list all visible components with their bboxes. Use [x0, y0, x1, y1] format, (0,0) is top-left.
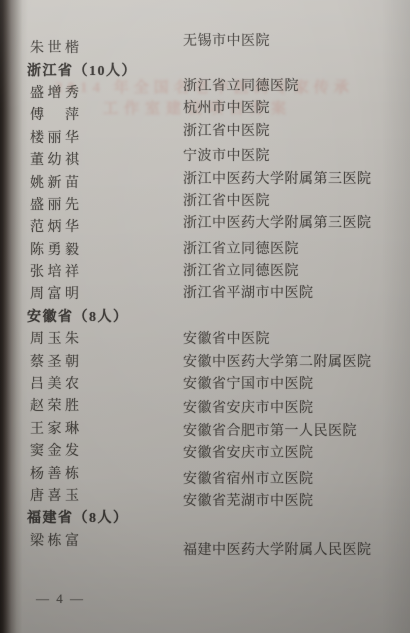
- hospital-name: 浙江省中医院: [183, 120, 270, 140]
- doctor-name: 陈勇毅: [30, 239, 83, 259]
- doctor-row: 杨善栋安徽省宿州市立医院: [0, 461, 410, 483]
- province-header: 安徽省（8人）: [0, 305, 410, 327]
- doctor-name: 蔡圣朝: [30, 351, 83, 371]
- hospital-name: 浙江省立同德医院: [183, 238, 299, 258]
- hospital-name: 安徽省安庆市中医院: [183, 397, 314, 417]
- doctor-name: 窦金发: [30, 440, 83, 460]
- doctor-name: 唐喜玉: [30, 485, 83, 505]
- doctor-row: 王家琳安徽省合肥市第一人民医院: [0, 417, 410, 439]
- recipient-list: 朱世楷无锡市中医院浙江省（10人）盛增秀浙江省立同德医院傅 萍杭州市中医院楼丽华…: [0, 36, 410, 551]
- doctor-name: 吕美农: [30, 373, 83, 393]
- doctor-name: 张培祥: [30, 261, 83, 281]
- doctor-row: 陈勇毅浙江省立同德医院: [0, 238, 410, 260]
- doctor-name: 范炳华: [30, 216, 83, 236]
- book-spine-shadow: [0, 0, 28, 633]
- doctor-name: 盛增秀: [30, 82, 83, 102]
- doctor-row: 梁栋富福建中医药大学附属人民医院: [0, 529, 410, 551]
- doctor-name: 周富明: [30, 283, 83, 303]
- hospital-name: 安徽省合肥市第一人民医院: [183, 420, 357, 440]
- province-label: 安徽省（8人）: [27, 306, 129, 326]
- doctor-row: 唐喜玉安徽省芜湖市中医院: [0, 484, 410, 506]
- hospital-name: 安徽中医药大学第二附属医院: [183, 351, 372, 371]
- hospital-name: 无锡市中医院: [183, 30, 270, 50]
- doctor-row: 吕美农安徽省宁国市中医院: [0, 372, 410, 394]
- doctor-row: 范炳华浙江中医药大学附属第三医院: [0, 215, 410, 237]
- hospital-name: 安徽省宁国市中医院: [183, 373, 314, 393]
- doctor-name: 董幼祺: [30, 149, 83, 169]
- doctor-name: 杨善栋: [30, 463, 83, 483]
- hospital-name: 福建中医药大学附属人民医院: [183, 539, 372, 559]
- doctor-name: 梁栋富: [30, 530, 83, 550]
- doctor-row: 周富明浙江省平湖市中医院: [0, 282, 410, 304]
- province-header: 福建省（8人）: [0, 506, 410, 528]
- doctor-name: 王家琳: [30, 418, 83, 438]
- doctor-row: 蔡圣朝安徽中医药大学第二附属医院: [0, 349, 410, 371]
- hospital-name: 安徽省中医院: [183, 328, 270, 348]
- doctor-row: 张培祥浙江省立同德医院: [0, 260, 410, 282]
- doctor-name: 周玉朱: [30, 328, 83, 348]
- province-label: 浙江省（10人）: [27, 60, 137, 80]
- doctor-name: 盛丽先: [30, 194, 83, 214]
- hospital-name: 宁波市中医院: [183, 145, 270, 165]
- doctor-row: 朱世楷无锡市中医院: [0, 36, 410, 58]
- hospital-name: 浙江中医药大学附属第三医院: [183, 212, 372, 232]
- doctor-row: 窦金发安徽省安庆市立医院: [0, 439, 410, 461]
- hospital-name: 杭州市中医院: [183, 97, 270, 117]
- hospital-name: 浙江省立同德医院: [183, 75, 299, 95]
- doctor-name: 楼丽华: [30, 127, 83, 147]
- doctor-name: 傅 萍: [30, 104, 83, 124]
- doctor-name: 赵荣胜: [30, 395, 83, 415]
- hospital-name: 浙江中医药大学附属第三医院: [183, 168, 372, 188]
- hospital-name: 安徽省安庆市立医院: [183, 442, 314, 462]
- hospital-name: 浙江省平湖市中医院: [183, 282, 314, 302]
- doctor-row: 周玉朱安徽省中医院: [0, 327, 410, 349]
- hospital-name: 浙江省立同德医院: [183, 260, 299, 280]
- province-label: 福建省（8人）: [27, 507, 129, 527]
- doctor-name: 朱世楷: [30, 37, 83, 57]
- doctor-name: 姚新苗: [30, 172, 83, 192]
- page-number: — 4 —: [36, 591, 85, 607]
- scanned-document-page: 2014 年全国名老中医药专家传承 工作室建设项目方案 朱世楷无锡市中医院浙江省…: [0, 0, 410, 633]
- hospital-name: 浙江省中医院: [183, 190, 270, 210]
- doctor-row: 赵荣胜安徽省安庆市中医院: [0, 394, 410, 416]
